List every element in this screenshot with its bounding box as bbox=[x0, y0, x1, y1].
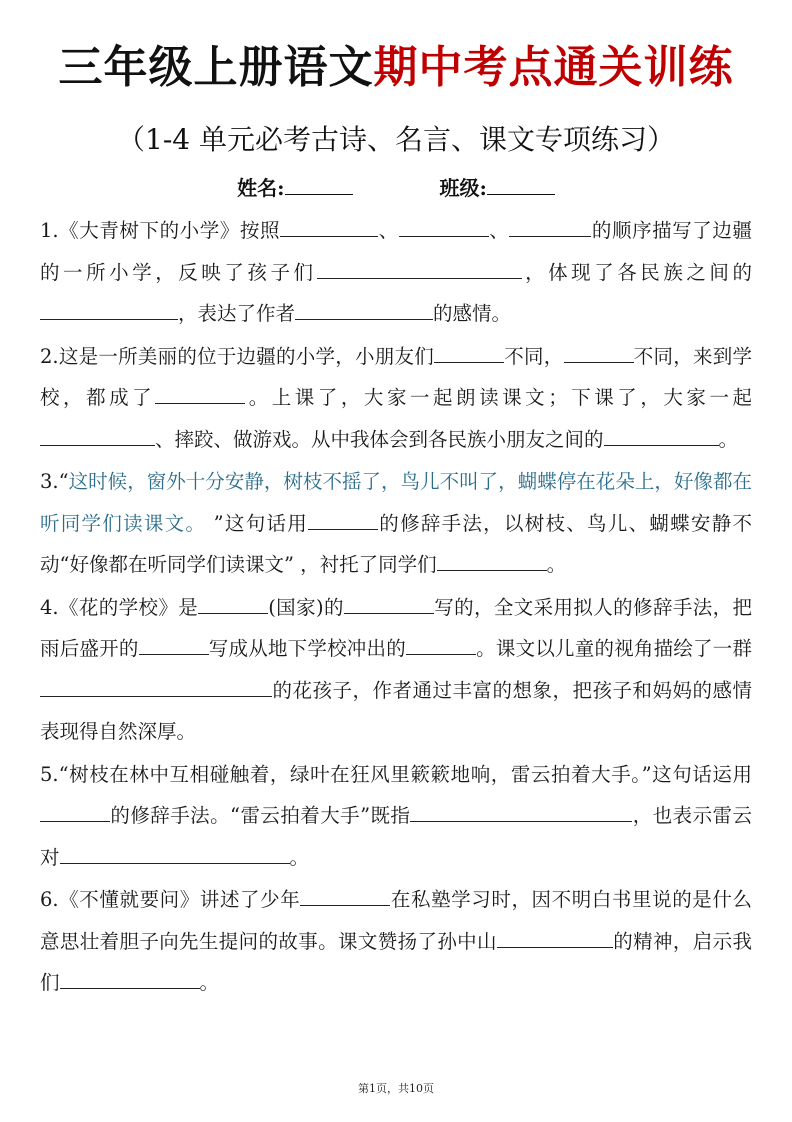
answer-blank[interactable] bbox=[300, 885, 390, 906]
answer-blank[interactable] bbox=[198, 593, 268, 614]
question-text: 、摔跤、做游戏。从中我体会到各民族小朋友之间的 bbox=[155, 428, 604, 451]
question-text: 。上课了，大家一起朗读课文；下课了，大家一起 bbox=[245, 386, 752, 409]
name-blank[interactable] bbox=[285, 175, 353, 195]
question-number: 1. bbox=[40, 219, 59, 242]
answer-blank[interactable] bbox=[155, 383, 245, 404]
answer-blank[interactable] bbox=[40, 425, 155, 446]
answer-blank[interactable] bbox=[317, 258, 522, 279]
question-text: 。 bbox=[547, 553, 567, 576]
question-text: 、 bbox=[489, 219, 510, 242]
answer-blank[interactable] bbox=[437, 550, 547, 571]
question-text: 、 bbox=[378, 219, 399, 242]
question-number: 6. bbox=[40, 888, 59, 911]
question-text: ”这句话用 bbox=[206, 512, 308, 535]
question-text: ，表达了作者 bbox=[178, 302, 295, 325]
answer-blank[interactable] bbox=[604, 425, 719, 446]
answer-blank[interactable] bbox=[60, 968, 200, 989]
question-number: 3. bbox=[40, 470, 59, 493]
class-blank[interactable] bbox=[487, 175, 555, 195]
answer-blank[interactable] bbox=[344, 593, 434, 614]
question-number: 4. bbox=[40, 596, 59, 619]
question-text: 的修辞手法。“雷云拍着大手”既指 bbox=[110, 804, 410, 827]
worksheet-title: 三年级上册语文期中考点通关训练 bbox=[0, 38, 792, 98]
question-number: 5. bbox=[40, 763, 59, 786]
answer-blank[interactable] bbox=[139, 634, 209, 655]
question-2: 2.这是一所美丽的位于边疆的小学，小朋友们不同，不同，来到学校，都成了。上课了，… bbox=[40, 336, 752, 461]
page-footer: 第1页，共10页 bbox=[0, 1080, 792, 1096]
answer-blank[interactable] bbox=[40, 801, 110, 822]
question-text: 。 bbox=[200, 971, 220, 994]
question-4: 4.《花的学校》是(国家)的写的，全文采用拟人的修辞手法，把雨后盛开的写成从地下… bbox=[40, 587, 752, 753]
question-text: 。 bbox=[290, 846, 310, 869]
question-1: 1.《大青树下的小学》按照、、的顺序描写了边疆的一所小学，反映了孩子们，体现了各… bbox=[40, 210, 752, 335]
question-3: 3.“这时候，窗外十分安静，树枝不摇了，鸟儿不叫了，蝴蝶停在花朵上，好像都在听同… bbox=[40, 461, 752, 586]
question-text: 不同， bbox=[504, 345, 563, 368]
question-text: 。 bbox=[719, 428, 739, 451]
question-5: 5.“树枝在林中互相碰触着，绿叶在狂风里簌簌地响，雷云拍着大手。”这句话运用的修… bbox=[40, 754, 752, 879]
answer-blank[interactable] bbox=[40, 676, 272, 697]
answer-blank[interactable] bbox=[497, 927, 555, 948]
title-red-part: 期中考点通关训练 bbox=[374, 42, 734, 93]
class-field: 班级: bbox=[439, 173, 554, 203]
title-black-part: 三年级上册语文 bbox=[59, 42, 374, 93]
question-6: 6.《不懂就要问》讲述了少年在私塾学习时，因不明白书里说的是什么意思壮着胆子向先… bbox=[40, 879, 752, 1004]
answer-blank[interactable] bbox=[434, 342, 504, 363]
question-text: 《大青树下的小学》按照 bbox=[59, 219, 280, 242]
answer-blank[interactable] bbox=[40, 299, 178, 320]
worksheet-subtitle: （1-4 单元必考古诗、名言、课文专项练习） bbox=[0, 120, 792, 160]
answer-blank[interactable] bbox=[564, 342, 634, 363]
answer-blank[interactable] bbox=[308, 509, 378, 530]
question-text: 《不懂就要问》讲述了少年 bbox=[59, 888, 301, 911]
question-text: 。课文以儿童的视角描绘了一群 bbox=[476, 637, 752, 660]
answer-blank[interactable] bbox=[60, 843, 290, 864]
answer-blank[interactable] bbox=[410, 801, 550, 822]
questions-list: 1.《大青树下的小学》按照、、的顺序描写了边疆的一所小学，反映了孩子们，体现了各… bbox=[40, 210, 752, 1005]
question-text: 这是一所美丽的位于边疆的小学，小朋友们 bbox=[59, 345, 434, 368]
answer-blank[interactable] bbox=[280, 216, 378, 237]
name-label: 姓名: bbox=[237, 176, 284, 200]
answer-blank[interactable] bbox=[509, 216, 591, 237]
answer-blank[interactable] bbox=[399, 216, 489, 237]
answer-blank-continued[interactable] bbox=[550, 801, 632, 822]
question-text: “ bbox=[59, 470, 69, 493]
answer-blank[interactable] bbox=[295, 299, 433, 320]
answer-blank[interactable] bbox=[406, 634, 476, 655]
question-text: 的感情。 bbox=[433, 302, 511, 325]
answer-blank-continued[interactable] bbox=[555, 927, 613, 948]
student-info-row: 姓名: 班级: bbox=[0, 173, 792, 203]
class-label: 班级: bbox=[439, 176, 486, 200]
question-text: 《花的学校》是 bbox=[59, 596, 199, 619]
question-text: 写成从地下学校冲出的 bbox=[209, 637, 406, 660]
question-text: “树枝在林中互相碰触着，绿叶在狂风里簌簌地响，雷云拍着大手。”这句话运用 bbox=[59, 763, 752, 786]
question-text: (国家)的 bbox=[268, 596, 344, 619]
name-field: 姓名: bbox=[237, 173, 352, 203]
question-number: 2. bbox=[40, 345, 59, 368]
question-text: ，体现了各民族之间的 bbox=[522, 261, 752, 284]
